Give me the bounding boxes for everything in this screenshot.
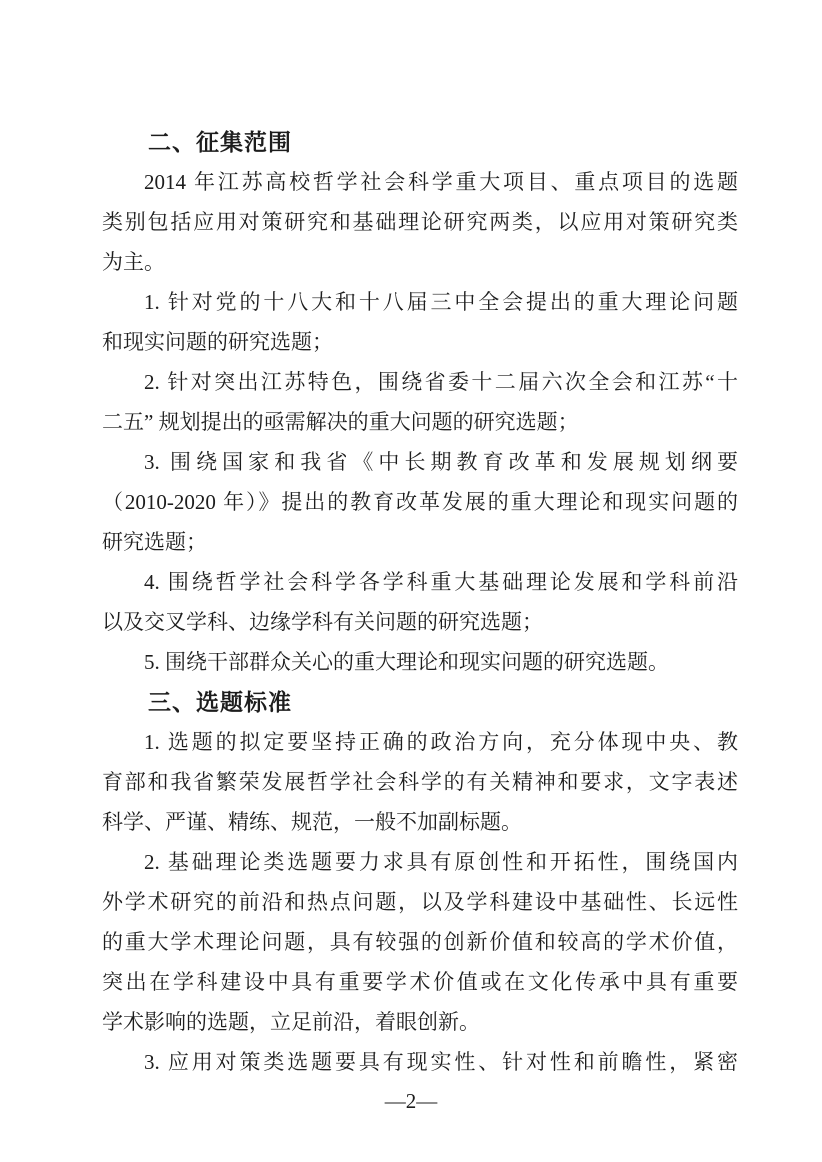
text-line: 2014 年江苏高校哲学社会科学重大项目、重点项目的选题 [102,162,738,202]
text-line: 外学术研究的前沿和热点问题，以及学科建设中基础性、长远性 [102,882,738,922]
text-line: 以及交叉学科、边缘学科有关问题的研究选题； [102,602,738,642]
section-heading: 二、征集范围 [102,122,738,162]
text-line: 突出在学科建设中具有重要学术价值或在文化传承中具有重要 [102,962,738,1002]
text-line: 3. 围绕国家和我省《中长期教育改革和发展规划纲要 [102,442,738,482]
text-line: 2. 基础理论类选题要力求具有原创性和开拓性，围绕国内 [102,842,738,882]
text-line: 5. 围绕干部群众关心的重大理论和现实问题的研究选题。 [102,642,738,682]
text-line: 1. 针对党的十八大和十八届三中全会提出的重大理论问题 [102,282,738,322]
page-number: —2— [0,1088,822,1114]
text-line: （2010-2020 年）》提出的教育改革发展的重大理论和现实问题的 [102,482,738,522]
text-line: 4. 围绕哲学社会科学各学科重大基础理论发展和学科前沿 [102,562,738,602]
text-line: 类别包括应用对策研究和基础理论研究两类，以应用对策研究类 [102,202,738,242]
document-body: 二、征集范围2014 年江苏高校哲学社会科学重大项目、重点项目的选题类别包括应用… [102,122,738,1082]
text-line: 育部和我省繁荣发展哲学社会科学的有关精神和要求，文字表述 [102,762,738,802]
text-line: 的重大学术理论问题，具有较强的创新价值和较高的学术价值， [102,922,738,962]
document-page: 二、征集范围2014 年江苏高校哲学社会科学重大项目、重点项目的选题类别包括应用… [0,0,822,1162]
text-line: 3. 应用对策类选题要具有现实性、针对性和前瞻性，紧密 [102,1042,738,1082]
text-line: 2. 针对突出江苏特色，围绕省委十二届六次全会和江苏“十 [102,362,738,402]
text-line: 科学、严谨、精练、规范，一般不加副标题。 [102,802,738,842]
section-heading: 三、选题标准 [102,682,738,722]
text-line: 1. 选题的拟定要坚持正确的政治方向，充分体现中央、教 [102,722,738,762]
text-line: 和现实问题的研究选题； [102,322,738,362]
text-line: 学术影响的选题，立足前沿，着眼创新。 [102,1002,738,1042]
text-line: 二五” 规划提出的亟需解决的重大问题的研究选题； [102,402,738,442]
text-line: 研究选题； [102,522,738,562]
text-line: 为主。 [102,242,738,282]
